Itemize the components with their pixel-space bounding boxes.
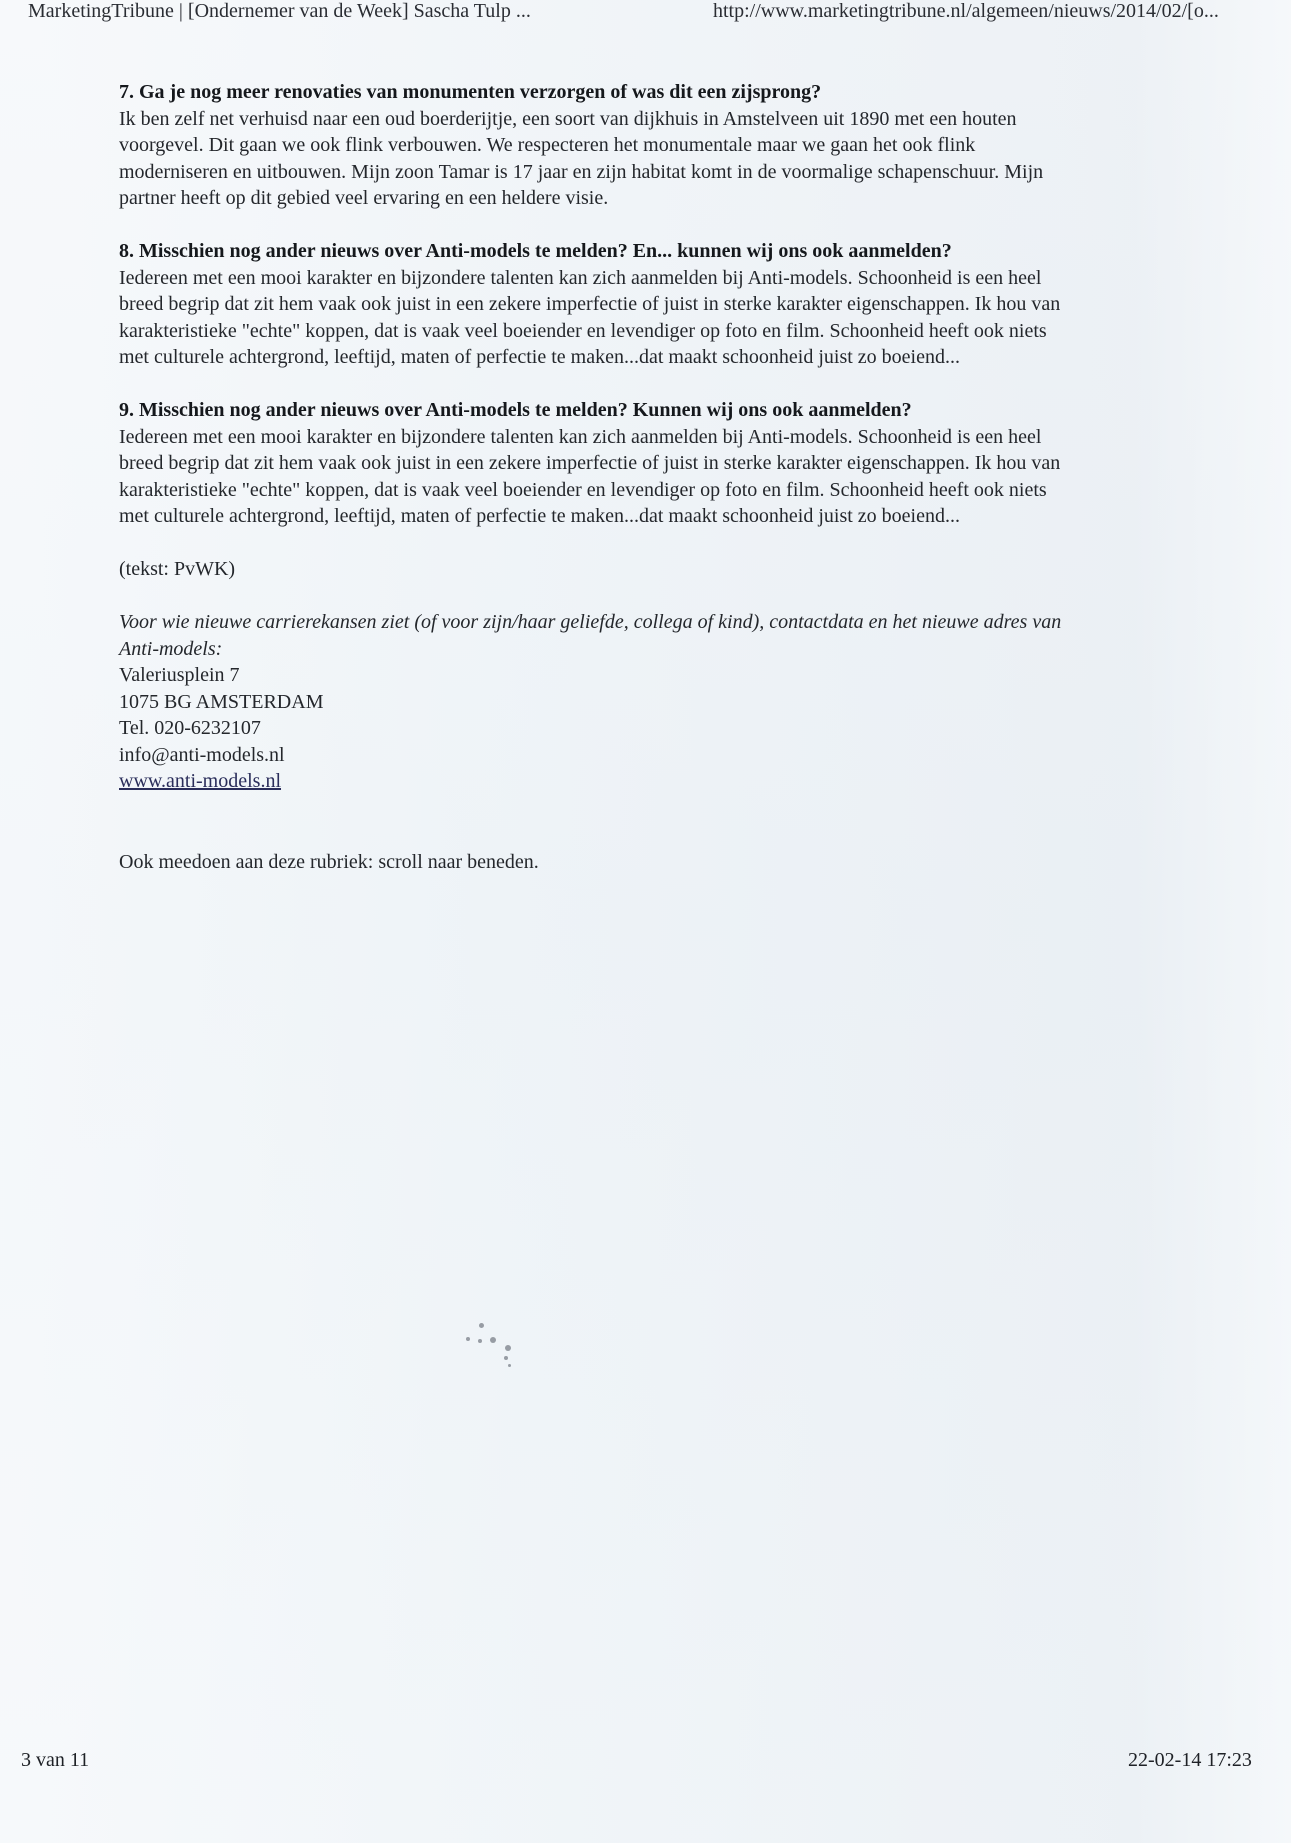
interview-section-7: 7. Ga je nog meer renovaties van monumen…: [119, 79, 1179, 212]
answer-line: breed begrip dat zit hem vaak ook juist …: [119, 291, 1179, 318]
article-body: 7. Ga je nog meer renovaties van monumen…: [119, 79, 1179, 795]
contact-street: Valeriusplein 7: [119, 662, 1179, 689]
print-header-title: MarketingTribune | [Ondernemer van de We…: [28, 0, 531, 22]
interview-section-8: 8. Misschien nog ander nieuws over Anti-…: [119, 238, 1179, 371]
contact-city: 1075 BG AMSTERDAM: [119, 689, 1179, 716]
answer-line: met culturele achtergrond, leeftijd, mat…: [119, 503, 1179, 530]
answer-paragraph: Iedereen met een mooi karakter en bijzon…: [119, 424, 1179, 530]
answer-line: Iedereen met een mooi karakter en bijzon…: [119, 424, 1179, 451]
answer-line: voorgevel. Dit gaan we ook flink verbouw…: [119, 132, 1179, 159]
answer-line: met culturele achtergrond, leeftijd, mat…: [119, 344, 1179, 371]
contact-block: Voor wie nieuwe carrierekansen ziet (of …: [119, 609, 1179, 795]
interview-section-9: 9. Misschien nog ander nieuws over Anti-…: [119, 397, 1179, 530]
question-heading: 7. Ga je nog meer renovaties van monumen…: [119, 79, 1179, 106]
print-footer-datetime: 22-02-14 17:23: [1128, 1748, 1252, 1772]
contact-email: info@anti-models.nl: [119, 742, 1179, 769]
print-header-url: http://www.marketingtribune.nl/algemeen/…: [713, 0, 1219, 22]
print-footer-page-number: 3 van 11: [21, 1748, 89, 1772]
answer-paragraph: Ik ben zelf net verhuisd naar een oud bo…: [119, 106, 1179, 212]
contact-phone: Tel. 020-6232107: [119, 715, 1179, 742]
answer-line: Iedereen met een mooi karakter en bijzon…: [119, 265, 1179, 292]
contact-intro-company: Anti-models:: [119, 636, 1179, 663]
answer-line: moderniseren en uitbouwen. Mijn zoon Tam…: [119, 159, 1179, 186]
answer-line: karakteristieke "echte" koppen, dat is v…: [119, 477, 1179, 504]
contact-intro: Voor wie nieuwe carrierekansen ziet (of …: [119, 609, 1179, 636]
scroll-note: Ook meedoen aan deze rubriek: scroll naa…: [119, 849, 539, 875]
author-credit: (tekst: PvWK): [119, 556, 1179, 583]
answer-line: Ik ben zelf net verhuisd naar een oud bo…: [119, 106, 1179, 133]
question-heading: 8. Misschien nog ander nieuws over Anti-…: [119, 238, 1179, 265]
answer-line: breed begrip dat zit hem vaak ook juist …: [119, 450, 1179, 477]
question-heading: 9. Misschien nog ander nieuws over Anti-…: [119, 397, 1179, 424]
answer-line: karakteristieke "echte" koppen, dat is v…: [119, 318, 1179, 345]
website-link[interactable]: www.anti-models.nl: [119, 770, 281, 792]
answer-paragraph: Iedereen met een mooi karakter en bijzon…: [119, 265, 1179, 371]
answer-line: partner heeft op dit gebied veel ervarin…: [119, 185, 1179, 212]
